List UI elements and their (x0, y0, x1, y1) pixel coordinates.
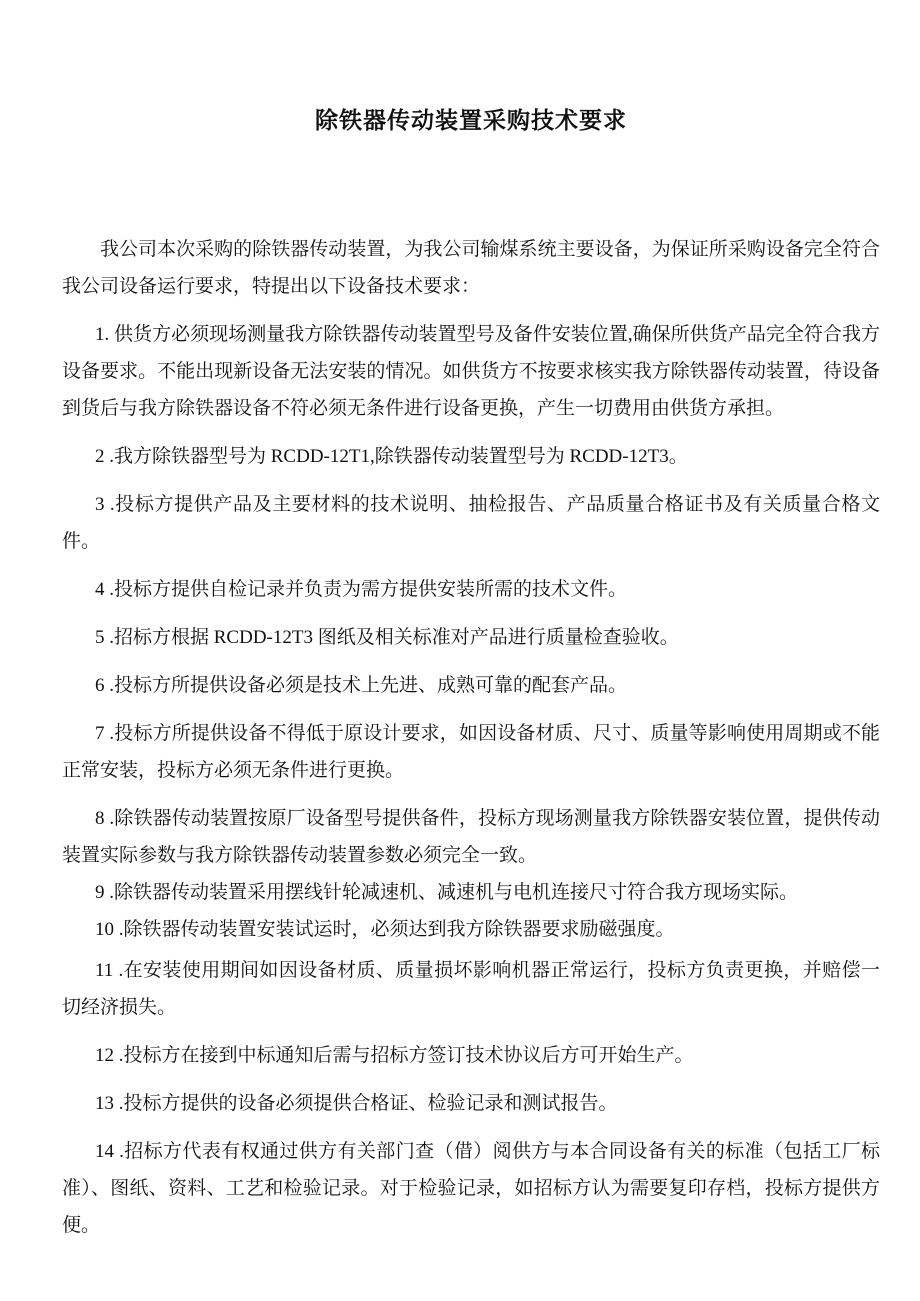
requirement-item-3: 3 .投标方提供产品及主要材料的技术说明、抽检报告、产品质量合格证书及有关质量合… (62, 486, 880, 560)
requirement-item-9: 9 .除铁器传动装置采用摆线针轮减速机、减速机与电机连接尺寸符合我方现场实际。 (62, 874, 880, 911)
requirement-item-12: 12 .投标方在接到中标通知后需与招标方签订技术协议后方可开始生产。 (62, 1037, 880, 1074)
requirement-item-13: 13 .投标方提供的设备必须提供合格证、检验记录和测试报告。 (62, 1085, 880, 1122)
requirement-item-1: 1. 供货方必须现场测量我方除铁器传动装置型号及备件安装位置,确保所供货产品完全… (62, 316, 880, 427)
requirement-item-5: 5 .招标方根据 RCDD-12T3 图纸及相关标准对产品进行质量检查验收。 (62, 619, 880, 656)
requirement-item-4: 4 .投标方提供自检记录并负责为需方提供安装所需的技术文件。 (62, 571, 880, 608)
document-page: 除铁器传动装置采购技术要求 我公司本次采购的除铁器传动装置，为我公司输煤系统主要… (0, 0, 920, 1301)
requirement-item-10: 10 .除铁器传动装置安装试运时，必须达到我方除铁器要求励磁强度。 (62, 911, 880, 948)
requirement-item-14: 14 .招标方代表有权通过供方有关部门查（借）阅供方与本合同设备有关的标准（包括… (62, 1133, 880, 1244)
requirement-item-11: 11 .在安装使用期间如因设备材质、质量损坏影响机器正常运行，投标方负责更换，并… (62, 952, 880, 1026)
intro-paragraph: 我公司本次采购的除铁器传动装置，为我公司输煤系统主要设备，为保证所采购设备完全符… (62, 231, 880, 305)
requirement-item-6: 6 .投标方所提供设备必须是技术上先进、成熟可靠的配套产品。 (62, 667, 880, 704)
requirement-item-8: 8 .除铁器传动装置按原厂设备型号提供备件，投标方现场测量我方除铁器安装位置，提… (62, 800, 880, 874)
requirement-item-2: 2 .我方除铁器型号为 RCDD-12T1,除铁器传动装置型号为 RCDD-12… (62, 438, 880, 475)
document-title: 除铁器传动装置采购技术要求 (62, 103, 880, 139)
requirement-item-7: 7 .投标方所提供设备不得低于原设计要求，如因设备材质、尺寸、质量等影响使用周期… (62, 715, 880, 789)
